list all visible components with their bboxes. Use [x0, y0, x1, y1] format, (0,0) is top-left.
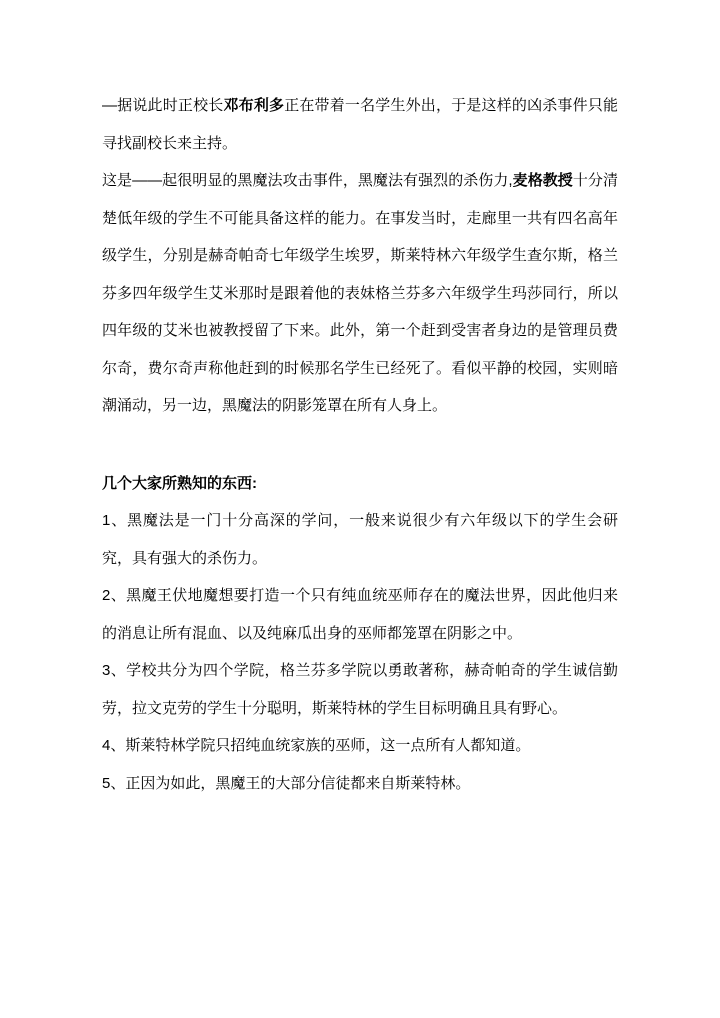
list-item: 2、黑魔王伏地魔想要打造一个只有纯血统巫师存在的魔法世界，因此他归来的消息让所有… — [102, 577, 618, 652]
bold-name-professor-mcgonagall: 麦格教授 — [513, 172, 573, 189]
paragraph-text: 十分清楚低年级的学生不可能具备这样的能力。在事发当时，走廊里一共有四名高年级学生… — [102, 172, 618, 414]
paragraph-incident-analysis: 这是——起很明显的黑魔法攻击事件，黑魔法有强烈的杀伤力,麦格教授十分清楚低年级的… — [102, 162, 618, 425]
known-facts-list: 1、黑魔法是一门十分高深的学问，一般来说很少有六年级以下的学生会研究，具有强大的… — [102, 502, 618, 802]
paragraph-text: 这是——起很明显的黑魔法攻击事件，黑魔法有强烈的杀伤力, — [102, 172, 513, 189]
list-item: 4、斯莱特林学院只招纯血统家族的巫师，这一点所有人都知道。 — [102, 727, 618, 765]
paragraph-incident-intro: —据说此时正校长邓布利多正在带着一名学生外出，于是这样的凶杀事件只能寻找副校长来… — [102, 87, 618, 162]
document-page: —据说此时正校长邓布利多正在带着一名学生外出，于是这样的凶杀事件只能寻找副校长来… — [0, 0, 720, 1018]
paragraph-text: —据说此时正校长 — [102, 97, 223, 114]
bold-name-dumbledore: 邓布利多 — [223, 97, 284, 114]
list-item: 1、黑魔法是一门十分高深的学问，一般来说很少有六年级以下的学生会研究，具有强大的… — [102, 502, 618, 577]
list-item: 5、正因为如此，黑魔王的大部分信徒都来自斯莱特林。 — [102, 765, 618, 803]
section-heading-known-facts: 几个大家所熟知的东西: — [102, 465, 618, 503]
list-item: 3、学校共分为四个学院，格兰芬多学院以勇敢著称，赫奇帕奇的学生诚信勤劳，拉文克劳… — [102, 652, 618, 727]
